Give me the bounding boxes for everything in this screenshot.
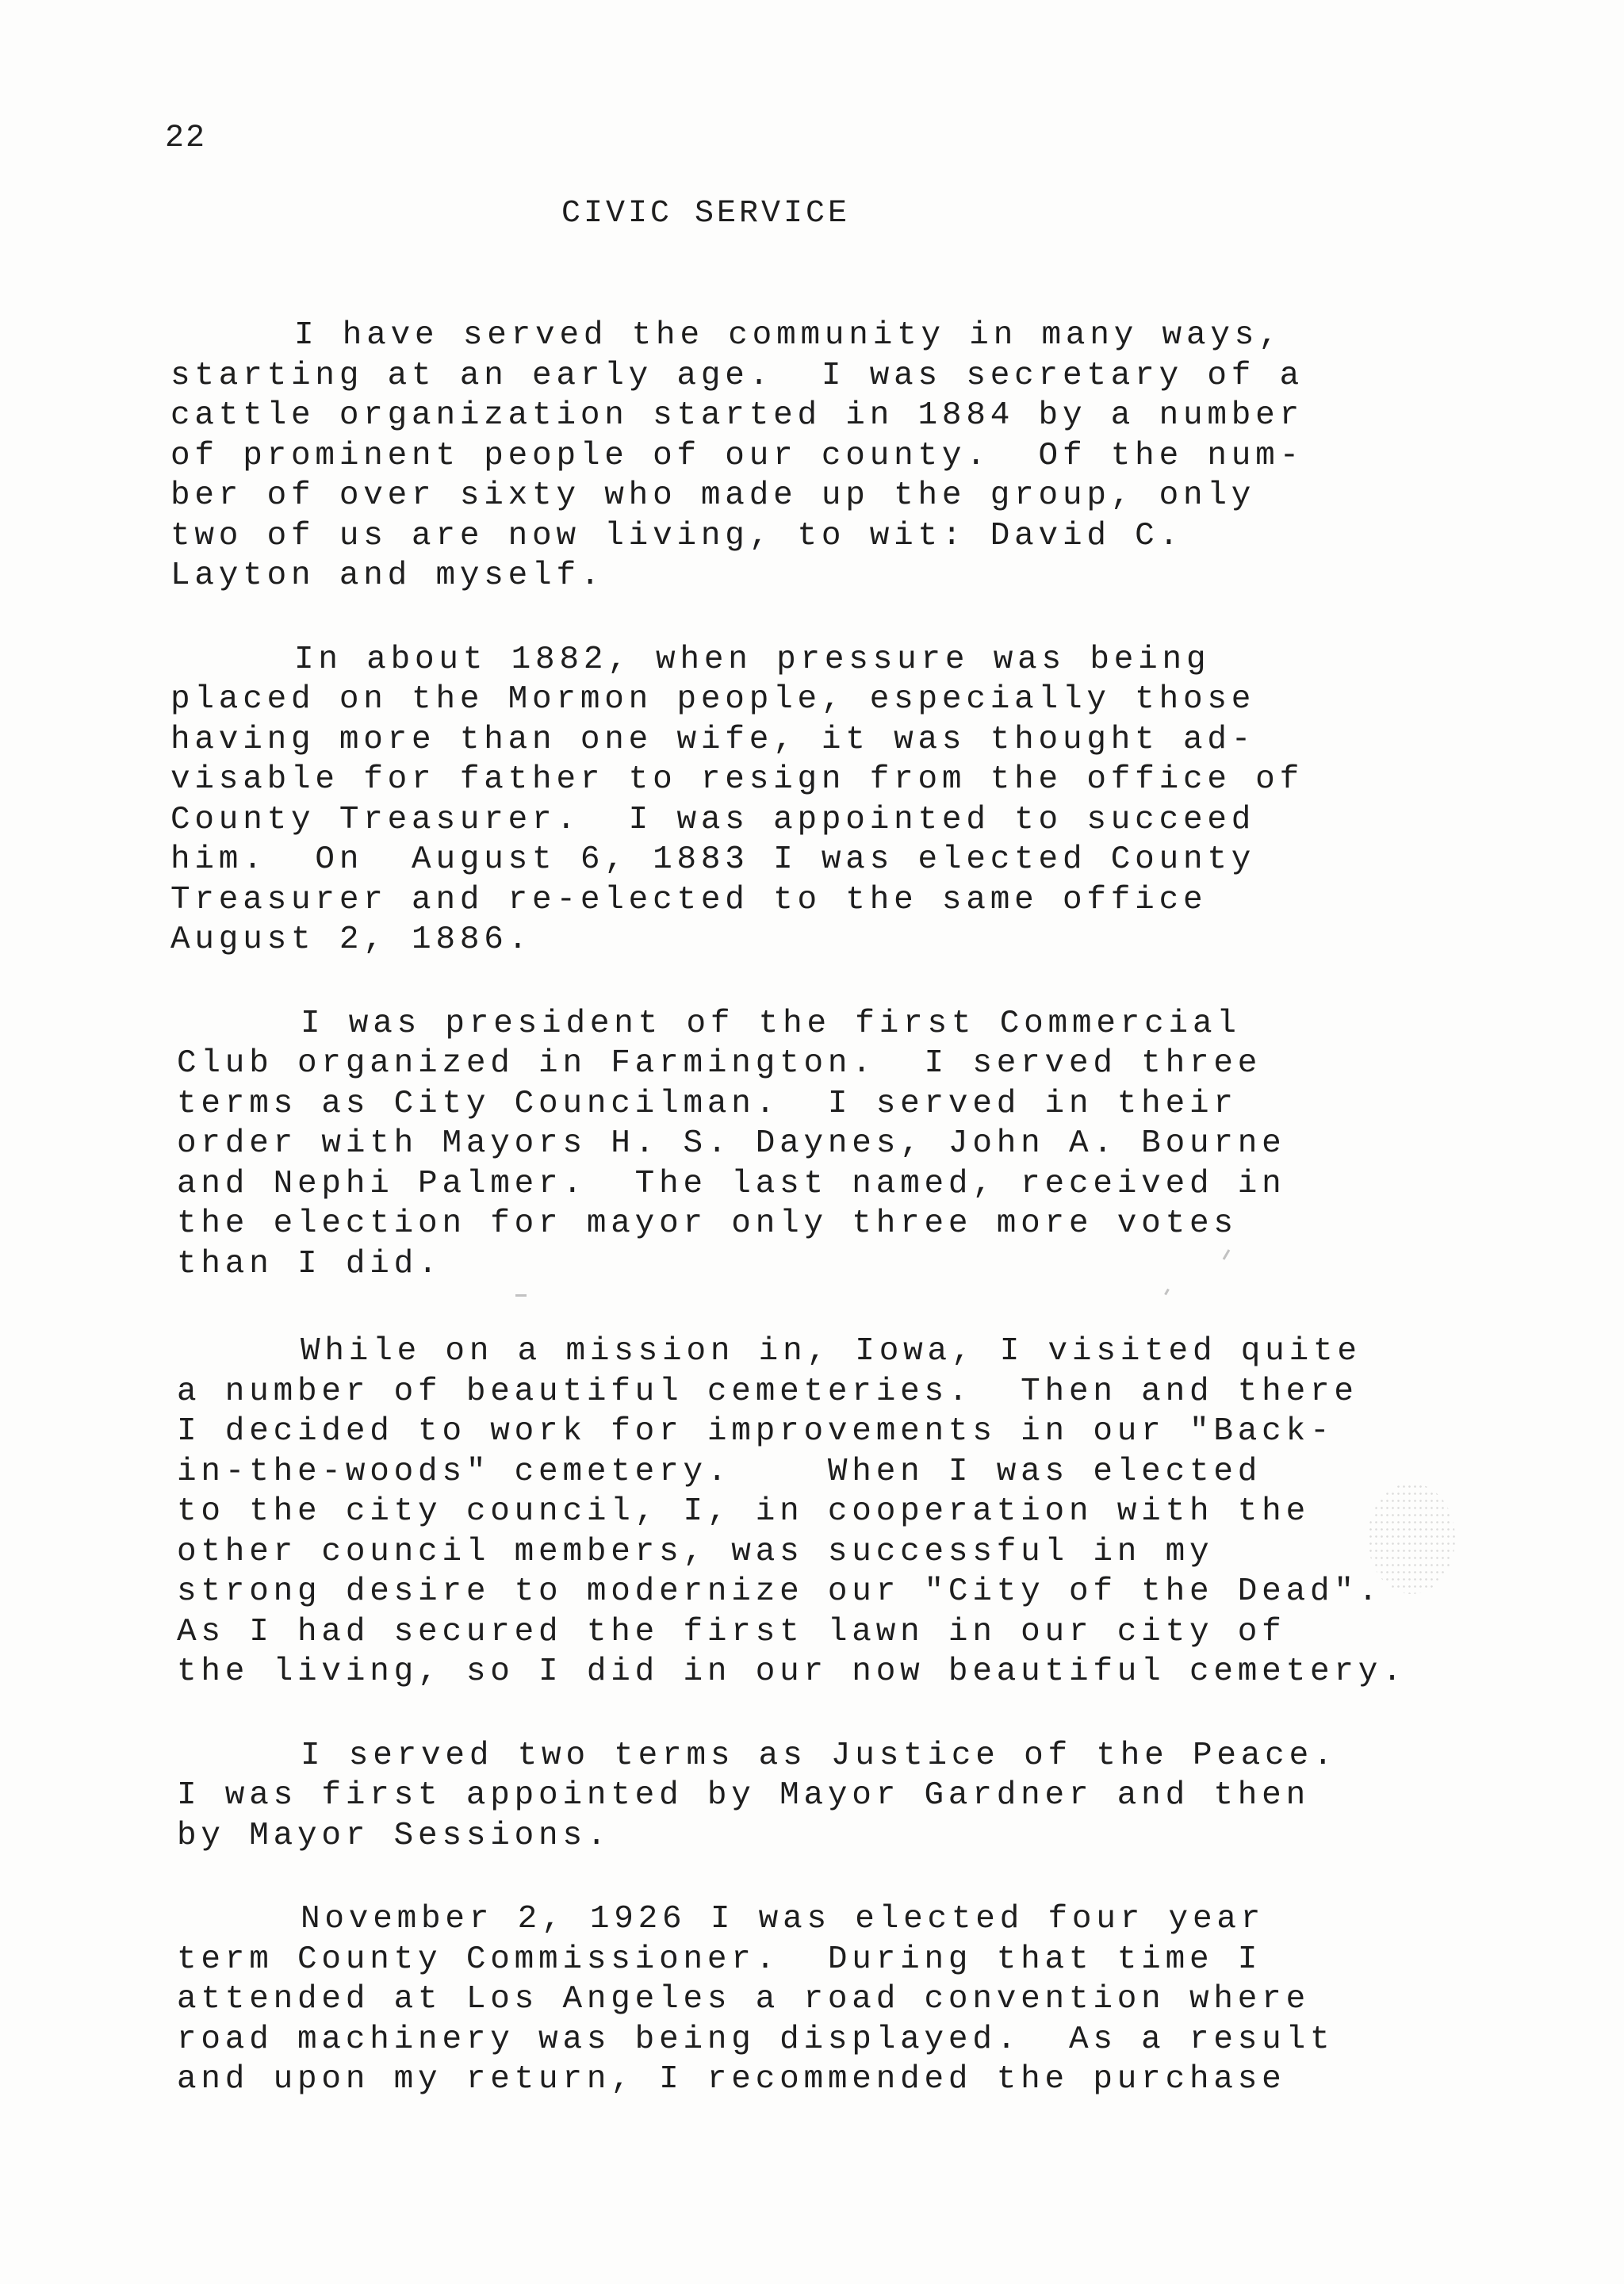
text-line: County Treasurer. I was appointed to suc… — [170, 800, 1519, 841]
text-line: and upon my return, I recommended the pu… — [177, 2060, 1519, 2100]
text-line: two of us are now living, to wit: David … — [170, 516, 1519, 557]
text-line: Club organized in Farmington. I served t… — [177, 1044, 1519, 1084]
text-line: term County Commissioner. During that ti… — [177, 1940, 1519, 1980]
text-line: I served two terms as Justice of the Pea… — [177, 1736, 1519, 1776]
text-line: the living, so I did in our now beautifu… — [177, 1652, 1519, 1692]
paragraph-county-commissioner: November 2, 1926 I was elected four year… — [177, 1899, 1519, 2100]
scan-smudge — [1368, 1483, 1455, 1594]
text-line: I was president of the first Commercial — [177, 1004, 1519, 1044]
text-line: terms as City Councilman. I served in th… — [177, 1084, 1519, 1125]
text-line: the election for mayor only three more v… — [177, 1204, 1519, 1244]
paragraph-cattle-organization: I have served the community in many ways… — [170, 316, 1519, 596]
page-number: 22 — [165, 119, 206, 159]
text-line: having more than one wife, it was though… — [170, 720, 1519, 761]
text-line: As I had secured the first lawn in our c… — [177, 1612, 1519, 1653]
paragraph-cemetery: While on a mission in, Iowa, I visited q… — [177, 1332, 1519, 1692]
text-line: I was first appointed by Mayor Gardner a… — [177, 1776, 1519, 1816]
text-line: visable for father to resign from the of… — [170, 760, 1519, 800]
text-line: starting at an early age. I was secretar… — [170, 356, 1519, 397]
text-line: I have served the community in many ways… — [170, 316, 1519, 356]
page-title: CIVIC SERVICE — [0, 194, 1411, 234]
text-line: road machinery was being displayed. As a… — [177, 2020, 1519, 2060]
text-line: of prominent people of our county. Of th… — [170, 436, 1519, 477]
text-line: other council members, was successful in… — [177, 1532, 1519, 1573]
text-line: November 2, 1926 I was elected four year — [177, 1899, 1519, 1940]
text-line: order with Mayors H. S. Daynes, John A. … — [177, 1124, 1519, 1164]
text-line: placed on the Mormon people, especially … — [170, 680, 1519, 720]
paragraph-commercial-club: I was president of the first Commercial … — [177, 1004, 1519, 1285]
text-line: than I did. — [177, 1244, 1519, 1285]
text-line: cattle organization started in 1884 by a… — [170, 396, 1519, 436]
text-line: by Mayor Sessions. — [177, 1816, 1519, 1857]
paragraph-county-treasurer: In about 1882, when pressure was being p… — [170, 640, 1519, 960]
text-line: August 2, 1886. — [170, 920, 1519, 960]
text-line: In about 1882, when pressure was being — [170, 640, 1519, 680]
text-line: Layton and myself. — [170, 556, 1519, 596]
text-line: strong desire to modernize our "City of … — [177, 1572, 1519, 1612]
text-line: him. On August 6, 1883 I was elected Cou… — [170, 840, 1519, 880]
text-line: attended at Los Angeles a road conventio… — [177, 1979, 1519, 2020]
text-line: I decided to work for improvements in ou… — [177, 1412, 1519, 1452]
document-body: I have served the community in many ways… — [170, 316, 1519, 2138]
scan-speck — [515, 1294, 527, 1297]
text-line: in-the-woods" cemetery. When I was elect… — [177, 1452, 1519, 1493]
text-line: a number of beautiful cemeteries. Then a… — [177, 1372, 1519, 1412]
text-line: ber of over sixty who made up the group,… — [170, 476, 1519, 516]
text-line: Treasurer and re-elected to the same off… — [170, 880, 1519, 921]
text-line: and Nephi Palmer. The last named, receiv… — [177, 1164, 1519, 1205]
text-line: to the city council, I, in cooperation w… — [177, 1492, 1519, 1532]
paragraph-justice-of-peace: I served two terms as Justice of the Pea… — [177, 1736, 1519, 1857]
text-line: While on a mission in, Iowa, I visited q… — [177, 1332, 1519, 1372]
